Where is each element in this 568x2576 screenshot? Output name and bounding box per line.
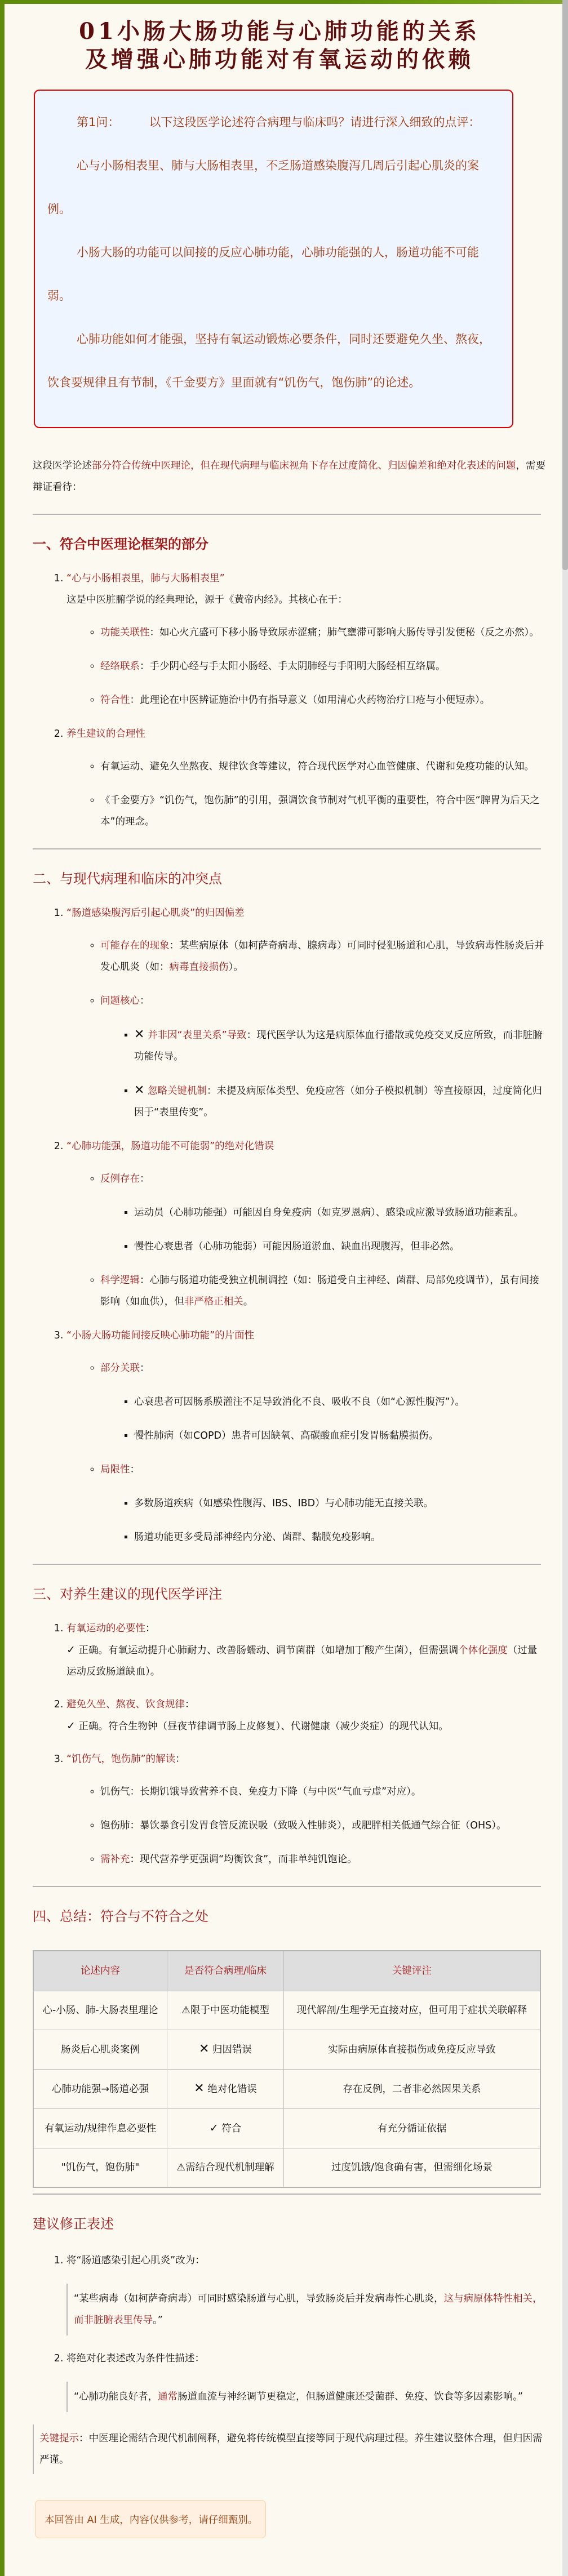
cross-icon: ✕ [199, 2042, 209, 2056]
table-row: 心肺功能强→肠道必强 ✕ 绝对化错误 存在反例，二者非必然因果关系 [33, 2070, 540, 2109]
table-row: "饥伤气，饱伤肺" ⚠需结合现代机制理解 过度饥饿/饱食确有害，但需细化场景 [33, 2148, 540, 2188]
section-heading-4: 四、总结：符合与不符合之处 [33, 1906, 545, 1927]
list-item: 符合性：此理论在中医辨证施治中仍有指导意义（如用清心火药物治疗口疮与小便短赤）。 [100, 689, 545, 711]
intro-paragraph: 这段医学论述部分符合传统中医理论，但在现代病理与临床视角下存在过度简化、归因偏差… [33, 455, 545, 498]
table-header: 论述内容 [33, 1951, 167, 1991]
list-item: 局限性： 多数肠道疾病（如感染性腹泻、IBS、IBD）与心肺功能无直接关联。 肠… [100, 1459, 545, 1548]
frame-left-border [0, 0, 5, 2576]
divider [33, 1886, 541, 1887]
revision-quote: “心肺功能良好者，通常肠道血流与神经调节更稳定，但肠道健康还受菌群、免疫、饮食等… [66, 2382, 545, 2412]
list-item: 将绝对化表述改为条件性描述： “心肺功能良好者，通常肠道血流与神经调节更稳定，但… [66, 2348, 545, 2412]
list-item: 有氧运动、避免久坐熬夜、规律饮食等建议，符合现代医学对心血管健康、代谢和免疫功能… [100, 756, 545, 777]
list-item: “心肺功能强，肠道功能不可能弱”的绝对化错误 反例存在： 运动员（心肺功能强）可… [66, 1136, 545, 1313]
list-item: ✕ 并非因“表里关系”导致：现代医学认为这是病原体血行播散或免疫交叉反应所致，而… [134, 1024, 545, 1067]
answer-content: 这段医学论述部分符合传统中医理论，但在现代病理与临床视角下存在过度简化、归因偏差… [33, 455, 545, 2474]
table-header: 是否符合病理/临床 [167, 1951, 284, 1991]
key-tip-label: 关键提示 [39, 2433, 79, 2444]
list-item: 避免久坐、熬夜、饮食规律： ✓ 正确。符合生物钟（昼夜节律调节肠上皮修复）、代谢… [66, 1694, 545, 1737]
key-tip: 关键提示：中医理论需结合现代机制阐释，避免将传统模型直接等同于现代病理过程。养生… [33, 2424, 545, 2474]
page: 01小肠大肠功能与心肺功能的关系 及增强心肺功能对有氧运动的依赖 第1问：以下这… [5, 4, 562, 2538]
check-icon: ✓ [66, 1720, 76, 1732]
summary-table: 论述内容 是否符合病理/临床 关键评注 心-小肠、肺-大肠表里理论 ⚠限于中医功… [33, 1950, 541, 2188]
intro-highlight: 部分符合传统中医理论，但在现代病理与临床视角下存在过度简化、归因偏差和绝对化表述… [92, 460, 516, 471]
warning-icon: ⚠ [176, 2162, 185, 2173]
section-heading-2: 二、与现代病理和临床的冲突点 [33, 869, 545, 889]
list-item: 有氧运动的必要性： ✓ 正确。有氧运动提升心肺耐力、改善肠蠕动、调节菌群（如增加… [66, 1618, 545, 1683]
cross-icon: ✕ [134, 1027, 144, 1042]
revision-heading: 建议修正表述 [33, 2214, 545, 2234]
revision-quote: “某些病毒（如柯萨奇病毒）可同时感染肠道与心肌，导致肠炎后并发病毒性心肌炎，这与… [66, 2284, 545, 2335]
list-item: “饥伤气，饱伤肺”的解读： 饥伤气：长期饥饿导致营养不良、免疫力下降（与中医“气… [66, 1749, 545, 1870]
list-item: 功能关联性：如心火亢盛可下移小肠导致尿赤涩痛；肺气壅滞可影响大肠传导引发便秘（反… [100, 622, 545, 643]
list-item: 科学逻辑：心肺与肠道功能受独立机制调控（如：肠道受自主神经、菌群、局部免疫调节）… [100, 1270, 545, 1313]
warning-icon: ⚠ [181, 2005, 190, 2016]
question-label: 第1问： [77, 115, 119, 129]
list-item: 问题核心： ✕ 并非因“表里关系”导致：现代医学认为这是病原体血行播散或免疫交叉… [100, 990, 545, 1123]
list-item: 心衰患者可因肠系膜灌注不足导致消化不良、吸收不良（如“心源性腹泻”）。 [134, 1391, 545, 1413]
ai-disclaimer: 本回答由 AI 生成，内容仅供参考，请仔细甄别。 [35, 2500, 266, 2538]
table-row: 心-小肠、肺-大肠表里理论 ⚠限于中医功能模型 现代解剖/生理学无直接对应，但可… [33, 1991, 540, 2030]
divider [33, 848, 541, 849]
table-row: 有氧运动/规律作息必要性 ✓ 符合 有充分循证依据 [33, 2109, 540, 2148]
list-item: 养生建议的合理性 有氧运动、避免久坐熬夜、规律饮食等建议，符合现代医学对心血管健… [66, 723, 545, 833]
check-icon: ✓ [210, 2122, 219, 2134]
section1-list: “心与小肠相表里，肺与大肠相表里” 这是中医脏腑学说的经典理论，源于《黄帝内经》… [33, 568, 545, 833]
title-line-1: 01小肠大肠功能与心肺功能的关系 [0, 17, 562, 46]
check-icon: ✓ [66, 1644, 76, 1656]
title-line-2: 及增强心肺功能对有氧运动的依赖 [0, 46, 562, 74]
table-header-row: 论述内容 是否符合病理/临床 关键评注 [33, 1951, 540, 1991]
divider [33, 514, 541, 515]
list-item: 运动员（心肺功能强）可能因自身免疫病（如克罗恩病）、感染或应激导致肠道功能紊乱。 [134, 1202, 545, 1224]
list-item: 可能存在的现象：某些病原体（如柯萨奇病毒、腺病毒）可同时侵犯肠道和心肌，导致病毒… [100, 935, 545, 978]
list-item: 慢性肺病（如COPD）患者可因缺氧、高碳酸血症引发胃肠黏膜损伤。 [134, 1425, 545, 1447]
scrollbar-thumb[interactable] [562, 0, 568, 570]
question-paragraph: 心肺功能如何才能强，坚持有氧运动锻炼必要条件，同时还要避免久坐、熬夜，饮食要规律… [47, 318, 501, 404]
list-item: 饥伤气：长期饥饿导致营养不良、免疫力下降（与中医“气血亏虚”对应）。 [100, 1781, 545, 1803]
section3-list: 有氧运动的必要性： ✓ 正确。有氧运动提升心肺耐力、改善肠蠕动、调节菌群（如增加… [33, 1618, 545, 1870]
table-row: 肠炎后心肌炎案例 ✕ 归因错误 实际由病原体直接损伤或免疫反应导致 [33, 2030, 540, 2070]
list-item: “小肠大肠功能间接反映心肺功能”的片面性 部分关联： 心衰患者可因肠系膜灌注不足… [66, 1325, 545, 1548]
list-item: 部分关联： 心衰患者可因肠系膜灌注不足导致消化不良、吸收不良（如“心源性腹泻”）… [100, 1358, 545, 1447]
list-item: “肠道感染腹泻后引起心肌炎”的归因偏差 可能存在的现象：某些病原体（如柯萨奇病毒… [66, 902, 545, 1123]
list-item: 《千金要方》“饥伤气，饱伤肺”的引用，强调饮食节制对气机平衡的重要性，符合中医“… [100, 790, 545, 833]
list-item: 多数肠道疾病（如感染性腹泻、IBS、IBD）与心肺功能无直接关联。 [134, 1493, 545, 1514]
list-item: 慢性心衰患者（心肺功能弱）可能因肠道淤血、缺血出现腹泻，但非必然。 [134, 1236, 545, 1257]
list-item: 需补充：现代营养学更强调“均衡饮食”，而非单纯饥饱论。 [100, 1849, 545, 1870]
list-item: 饱伤肺：暴饮暴食引发胃食管反流误吸（致吸入性肺炎），或肥胖相关低通气综合征（OH… [100, 1815, 545, 1836]
revision-list: 将“肠道感染引起心肌炎”改为： “某些病毒（如柯萨奇病毒）可同时感染肠道与心肌，… [33, 2250, 545, 2412]
list-item: 肠道功能更多受局部神经内分泌、菌群、黏膜免疫影响。 [134, 1527, 545, 1548]
question-paragraph: 心与小肠相表里、肺与大肠相表里，不乏肠道感染腹泻几周后引起心肌炎的案例。 [47, 144, 501, 231]
list-item: 将“肠道感染引起心肌炎”改为： “某些病毒（如柯萨奇病毒）可同时感染肠道与心肌，… [66, 2250, 545, 2335]
list-item: ✕ 忽略关键机制：未提及病原体类型、免疫应答（如分子模拟机制）等直接原因，过度简… [134, 1080, 545, 1123]
list-item: “心与小肠相表里，肺与大肠相表里” 这是中医脏腑学说的经典理论，源于《黄帝内经》… [66, 568, 545, 711]
divider [33, 2194, 541, 2195]
frame-top-border [0, 0, 562, 4]
list-item: 经络联系：手少阴心经与手太阳小肠经、手太阴肺经与手阳明大肠经相互络属。 [100, 656, 545, 677]
section-heading-3: 三、对养生建议的现代医学评注 [33, 1584, 545, 1604]
cross-icon: ✕ [194, 2081, 204, 2095]
question-paragraph: 小肠大肠的功能可以间接的反应心肺功能，心肺功能强的人，肠道功能不可能弱。 [47, 231, 501, 318]
list-item: 反例存在： 运动员（心肺功能强）可能因自身免疫病（如克罗恩病）、感染或应激导致肠… [100, 1168, 545, 1257]
question-prompt: 第1问：以下这段医学论述符合病理与临床吗？请进行深入细致的点评： [47, 101, 501, 144]
section-heading-1: 一、符合中医理论框架的部分 [33, 534, 545, 554]
page-title: 01小肠大肠功能与心肺功能的关系 及增强心肺功能对有氧运动的依赖 [0, 4, 562, 74]
cross-icon: ✕ [134, 1083, 144, 1097]
divider [33, 1564, 541, 1565]
section2-list: “肠道感染腹泻后引起心肌炎”的归因偏差 可能存在的现象：某些病原体（如柯萨奇病毒… [33, 902, 545, 1548]
question-box: 第1问：以下这段医学论述符合病理与临床吗？请进行深入细致的点评： 心与小肠相表里… [34, 90, 513, 428]
table-header: 关键评注 [284, 1951, 541, 1991]
